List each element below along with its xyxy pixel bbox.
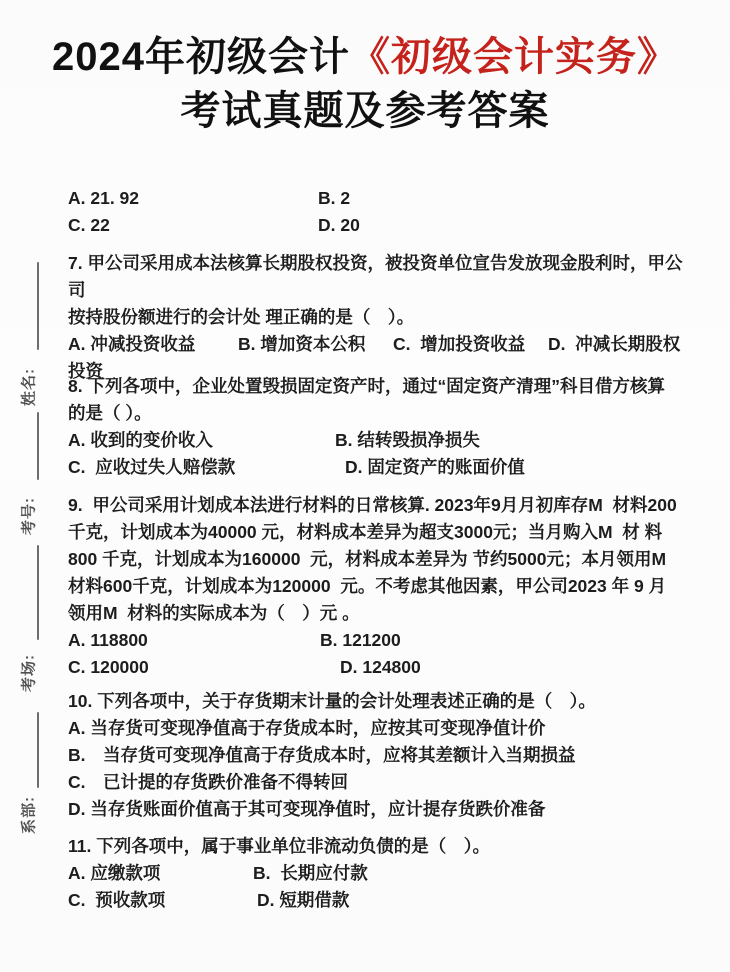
option-row: C. 120000D. 124800 [68, 654, 696, 681]
question-11: 11. 下列各项中，属于事业单位非流动负债的是（ ）。 A. 应缴款项B. 长期… [68, 833, 696, 914]
margin-field-exam-room: 考场: [18, 654, 39, 692]
question-text-line: 10. 下列各项中，关于存货期末计量的会计处理表述正确的是（ ）。 [68, 688, 696, 715]
seal-line-segment [37, 412, 39, 480]
option-c: C. 应收过失人赔偿款 [68, 457, 235, 477]
option-row: C. 应收过失人赔偿款D. 固定资产的账面价值 [68, 454, 696, 481]
seal-line-segment [37, 712, 39, 788]
option-d: D. 冲减长期股权 [548, 331, 680, 358]
option-row: A. 21. 92B. 2 [68, 185, 696, 212]
question-text-line: 9. 甲公司采用计划成本法进行材料的日常核算. 2023年9月月初库存M 材料2… [68, 492, 696, 519]
option-row: A. 冲减投资收益B. 增加资本公积C. 增加投资收益D. 冲减长期股权 [68, 331, 696, 358]
option-b: B. 2 [318, 185, 350, 212]
question-9: 9. 甲公司采用计划成本法进行材料的日常核算. 2023年9月月初库存M 材料2… [68, 492, 696, 681]
question-text-line: 8. 下列各项中，企业处置毁损固定资产时，通过“固定资产清理”科目借方核算 [68, 373, 696, 400]
question-text-line: 11. 下列各项中，属于事业单位非流动负债的是（ ）。 [68, 833, 696, 860]
question-text-line: 千克，计划成本为40000 元，材料成本差异为超支3000元；当月购入M 材 料 [68, 519, 696, 546]
option-d: D. 124800 [340, 654, 421, 681]
option-row: C. 22D. 20 [68, 212, 696, 239]
question-7: 7. 甲公司采用成本法核算长期股权投资，被投资单位宣告发放现金股利时，甲公司 按… [68, 250, 696, 385]
option-a: A. 收到的变价收入 [68, 430, 213, 450]
seal-line-segment [37, 262, 39, 350]
exam-body: A. 21. 92B. 2 C. 22D. 20 7. 甲公司采用成本法核算长期… [68, 0, 696, 972]
option-d: D. 当存货账面价值高于其可变现净值时，应计提存货跌价准备 [68, 796, 696, 823]
question-text-line: 材料600千克，计划成本为120000 元。不考虑其他因素，甲公司2023 年 … [68, 573, 696, 600]
option-row: A. 收到的变价收入B. 结转毁损净损失 [68, 427, 696, 454]
option-a: A. 21. 92 [68, 188, 139, 208]
question-8: 8. 下列各项中，企业处置毁损固定资产时，通过“固定资产清理”科目借方核算 的是… [68, 373, 696, 481]
question-10: 10. 下列各项中，关于存货期末计量的会计处理表述正确的是（ ）。 A. 当存货… [68, 688, 696, 823]
option-row: A. 118800B. 121200 [68, 627, 696, 654]
option-c: C. 已计提的存货跌价准备不得转回 [68, 769, 696, 796]
option-b: B. 长期应付款 [253, 860, 368, 887]
margin-field-exam-number: 考号: [18, 497, 39, 535]
option-c: C. 22 [68, 215, 110, 235]
exam-paper-page: 2024年初级会计《初级会计实务》 考试真题及参考答案 姓名: 考号: 考场: … [0, 0, 730, 972]
question-text-line: 按持股份额进行的会计处 理正确的是（ ）。 [68, 304, 696, 331]
option-c: C. 增加投资收益 [393, 331, 525, 358]
option-d: D. 固定资产的账面价值 [345, 454, 525, 481]
question-text-line: 的是（ ）。 [68, 400, 696, 427]
option-a: A. 应缴款项 [68, 863, 160, 883]
question-6-options: A. 21. 92B. 2 C. 22D. 20 [68, 185, 696, 239]
margin-field-department: 系部: [18, 796, 39, 834]
option-row: C. 预收款项D. 短期借款 [68, 887, 696, 914]
option-b: B. 结转毁损净损失 [335, 427, 480, 454]
option-c: C. 预收款项 [68, 890, 165, 910]
option-b: B. 121200 [320, 627, 401, 654]
option-d: D. 20 [318, 212, 360, 239]
option-c: C. 120000 [68, 657, 149, 677]
option-a: A. 118800 [68, 630, 148, 650]
option-a: A. 冲减投资收益 [68, 334, 195, 354]
seal-line-segment [37, 545, 39, 640]
question-text-line: 领用M 材料的实际成本为（ ）元 。 [68, 600, 696, 627]
option-a: A. 当存货可变现净值高于存货成本时，应按其可变现净值计价 [68, 715, 696, 742]
option-row: A. 应缴款项B. 长期应付款 [68, 860, 696, 887]
option-b: B. 当存货可变现净值高于存货成本时，应将其差额计入当期损益 [68, 742, 696, 769]
margin-field-name: 姓名: [18, 368, 39, 406]
question-text-line: 7. 甲公司采用成本法核算长期股权投资，被投资单位宣告发放现金股利时，甲公司 [68, 250, 696, 304]
option-d: D. 短期借款 [257, 887, 349, 914]
question-text-line: 800 千克，计划成本为160000 元，材料成本差异为 节约5000元；本月领… [68, 546, 696, 573]
option-b: B. 增加资本公积 [238, 331, 365, 358]
